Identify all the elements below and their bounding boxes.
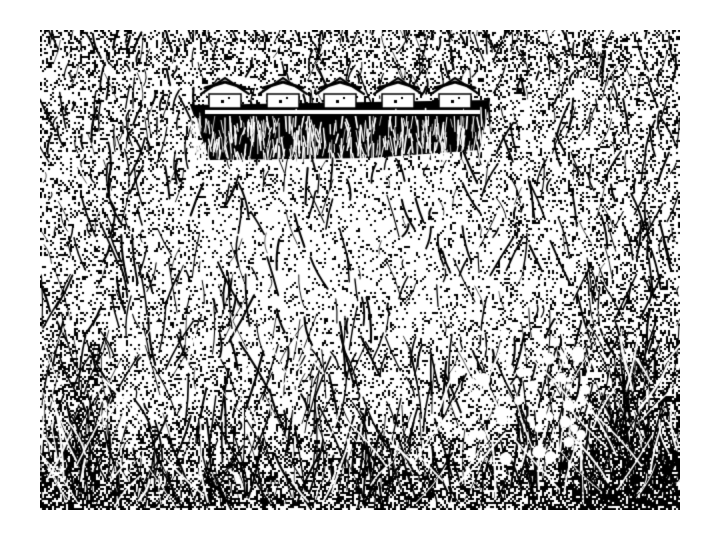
meadow-beehives-image xyxy=(40,30,680,510)
photograph: High-contrast black and white thresholde… xyxy=(40,30,680,510)
